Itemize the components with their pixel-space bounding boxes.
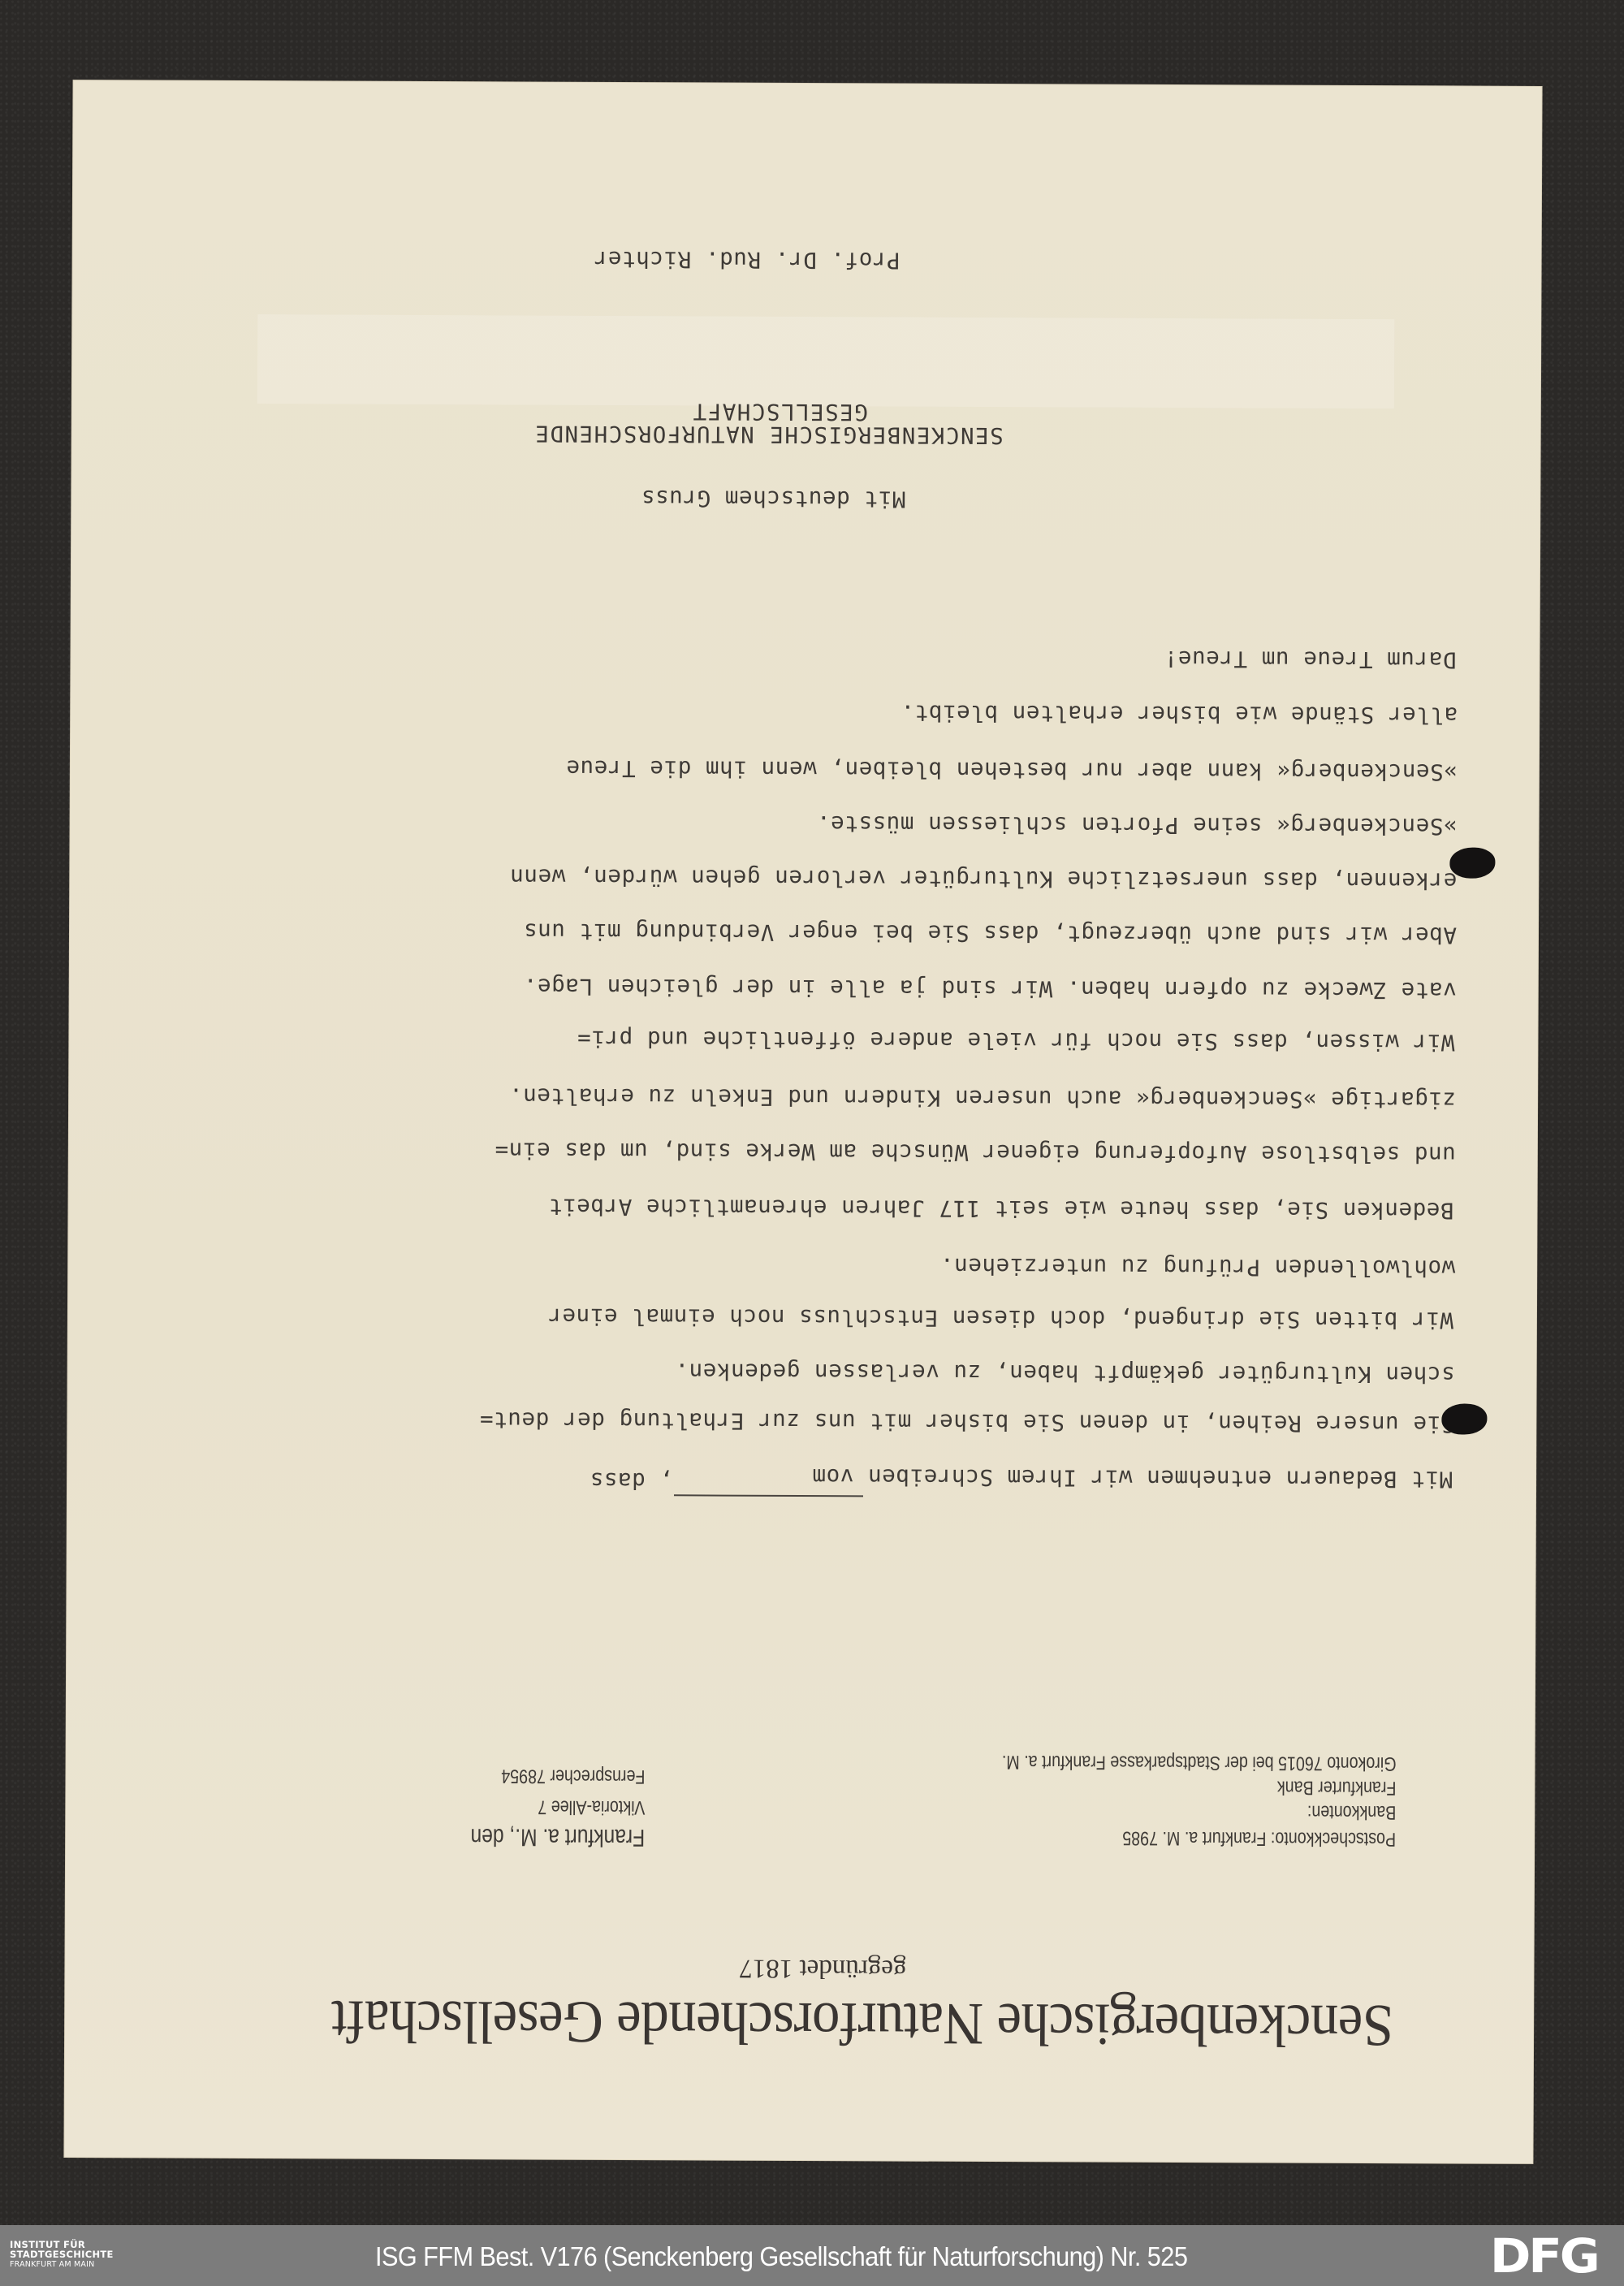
punch-hole [1441, 1403, 1487, 1434]
city-date: Frankfurt a. M., den [470, 1822, 645, 1851]
body-line-14: »Senckenberg« kann aber nur bestehen ble… [566, 756, 1458, 782]
body-line-11: Aber wir sind auch überzeugt, dass Sie b… [523, 919, 1457, 946]
postal-account: Postscheckkonto: Frankfurt a. M. 7985 [1122, 1826, 1396, 1850]
dfg-logo-icon: DFG [1490, 2235, 1598, 2277]
body-line-15: aller Stände wie bisher erhalten bleibt. [901, 701, 1458, 725]
bank-2: Girokonto 76015 bei der Stadtsparkasse F… [1002, 1750, 1397, 1774]
paper-light-band [257, 314, 1394, 408]
bank-accounts-label: Bankkonten: [1307, 1800, 1397, 1823]
body-line-8: zigartige »Senckenberg« auch unseren Kin… [508, 1084, 1456, 1111]
body-line-7: und selbstlose Aufopferung eigener Wünsc… [495, 1139, 1456, 1165]
institute-logo: INSTITUT FÜR STADTGESCHICHTE FRANKFURT A… [10, 2241, 114, 2269]
society-name-line1: SENCKENBERGISCHE NATURFORSCHENDE [534, 421, 1004, 446]
body-line-4: Wir bitten Sie dringend, doch diesen Ent… [548, 1304, 1453, 1330]
society-name-line2: GESELLSCHAFT [692, 400, 868, 422]
date-blank-line [674, 1494, 863, 1497]
archive-footer: INSTITUT FÜR STADTGESCHICHTE FRANKFURT A… [0, 2225, 1624, 2286]
archive-caption: ISG FFM Best. V176 (Senckenberg Gesellsc… [375, 2241, 1187, 2272]
scan-viewer: Senckenbergische Naturforschende Gesells… [0, 0, 1624, 2225]
bank-1: Frankfurter Bank [1277, 1776, 1397, 1800]
letterhead-title: Senckenbergische Naturforschende Gesells… [331, 1986, 1393, 2059]
phone: Fernsprecher 78954 [501, 1764, 645, 1787]
letter-page: Senckenbergische Naturforschende Gesells… [64, 80, 1541, 2163]
body-line-13: »Senckenberg« seine Pforten schliessen m… [816, 812, 1457, 837]
punch-hole [1449, 847, 1495, 878]
body-line-10: vate Zwecke zu opfern haben. Wir sind ja… [523, 974, 1457, 1001]
signature-name: Prof. Dr. Rud. Richter [594, 247, 901, 270]
letterhead-founded: gegründet 1817 [739, 1953, 906, 1984]
body-line-9: Wir wissen, dass Sie noch für viele ande… [577, 1026, 1455, 1052]
institute-city: FRANKFURT AM MAIN [10, 2261, 114, 2269]
body-line-6: Bedenken Sie, dass heute wie seit 117 Ja… [548, 1195, 1453, 1221]
body-line-3: schen Kulturgüter gekämpft haben, zu ver… [675, 1359, 1455, 1385]
body-line-2: Sie unsere Reihen, in denen Sie bisher m… [479, 1408, 1454, 1435]
body-line-1: Mit Bedauern entnehmen wir Ihrem Schreib… [812, 1465, 1453, 1490]
institute-name-line2: STADTGESCHICHTE [10, 2250, 114, 2260]
closing-greeting: Mit deutschem Gruss [641, 486, 905, 510]
body-line-5: wohlwollenden Prüfung zu unterziehen. [939, 1254, 1455, 1278]
body-line-1-suffix: , dass [590, 1468, 673, 1491]
street-address: Viktoria-Allee 7 [538, 1796, 645, 1819]
body-line-16: Darum Treue um Treue! [1164, 646, 1456, 670]
body-line-12: erkennen, dass unersetzliche Kulturgüter… [510, 865, 1458, 892]
